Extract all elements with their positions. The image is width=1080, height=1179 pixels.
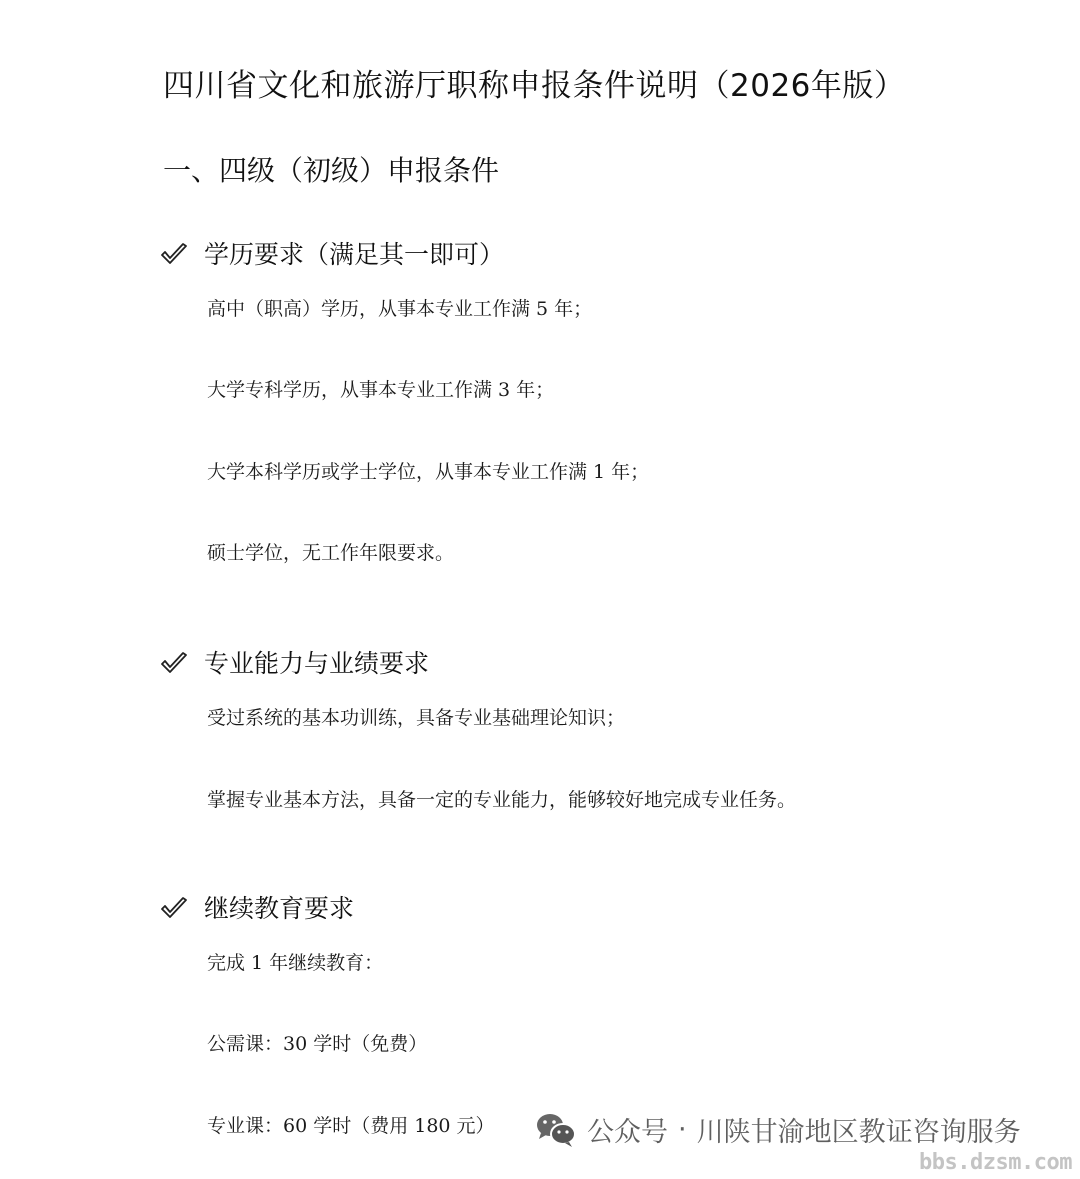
wechat-icon <box>535 1111 577 1149</box>
subsection-heading-continuing-education: 继续教育要求 <box>160 889 354 929</box>
list-item: 受过系统的基本功训练，具备专业基础理论知识； <box>207 703 625 733</box>
section-heading: 一、四级（初级）申报条件 <box>163 150 499 192</box>
list-item: 硕士学位，无工作年限要求。 <box>207 538 454 568</box>
list-item: 大学本科学历或学士学位，从事本专业工作满 1 年； <box>207 457 649 487</box>
site-watermark: bbs.dzsm.com <box>919 1150 1072 1175</box>
wechat-watermark: 公众号 · 川陕甘渝地区教证咨询服务 <box>535 1110 1021 1149</box>
watermark-label: 公众号 <box>587 1110 668 1149</box>
watermark-separator: · <box>678 1114 687 1145</box>
list-item: 大学专科学历，从事本专业工作满 3 年； <box>207 375 554 405</box>
check-icon <box>160 652 188 676</box>
subsection-title: 继续教育要求 <box>204 889 354 929</box>
list-item: 完成 1 年继续教育： <box>207 948 383 978</box>
list-item: 公需课：30 学时（免费） <box>207 1029 427 1059</box>
document-title: 四川省文化和旅游厅职称申报条件说明（2026年版） <box>163 62 905 110</box>
list-item: 专业课：60 学时（费用 180 元） <box>207 1111 495 1141</box>
watermark-account: 川陕甘渝地区教证咨询服务 <box>697 1110 1021 1149</box>
subsection-heading-ability: 专业能力与业绩要求 <box>160 644 429 684</box>
subsection-title: 专业能力与业绩要求 <box>204 644 429 684</box>
subsection-title: 学历要求（满足其一即可） <box>204 235 504 275</box>
check-icon <box>160 897 188 921</box>
list-item: 掌握专业基本方法，具备一定的专业能力，能够较好地完成专业任务。 <box>207 785 796 815</box>
subsection-heading-education: 学历要求（满足其一即可） <box>160 235 504 275</box>
check-icon <box>160 243 188 267</box>
list-item: 高中（职高）学历，从事本专业工作满 5 年； <box>207 294 592 324</box>
